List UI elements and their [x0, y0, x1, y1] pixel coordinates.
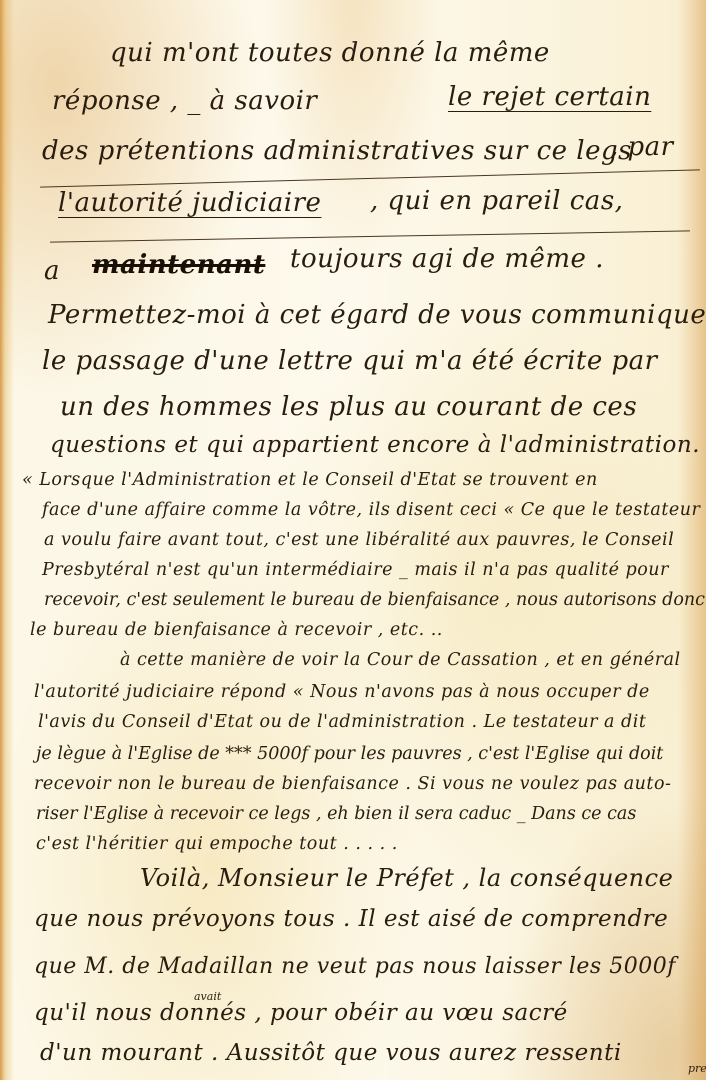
struck-out-word: maintenant: [92, 250, 265, 280]
text-line: , par: [610, 132, 674, 162]
text-line: riser l'Eglise à recevoir ce legs , eh b…: [36, 804, 636, 824]
quoted-text-line: recevoir, c'est seulement le bureau de b…: [44, 590, 705, 610]
text-line: c'est l'héritier qui empoche tout . . . …: [36, 834, 398, 854]
quoted-text-line: face d'une affaire comme la vôtre, ils d…: [42, 500, 700, 520]
underlined-phrase: l'autorité judiciaire: [58, 188, 321, 218]
text-line: recevoir non le bureau de bienfaisance .…: [34, 774, 671, 794]
text-line: que nous prévoyons tous . Il est aisé de…: [34, 906, 668, 932]
text-line: le passage d'une lettre qui m'a été écri…: [42, 346, 658, 376]
text-line: des prétentions administratives sur ce l…: [42, 136, 632, 166]
underline-rule: [50, 230, 690, 242]
text-line: toujours agi de même .: [290, 244, 604, 274]
text-line: l'autorité judiciaire répond « Nous n'av…: [34, 682, 650, 702]
text-line: à cette manière de voir la Cour de Cassa…: [120, 650, 681, 670]
text-line: a: [44, 256, 60, 286]
text-line: questions et qui appartient encore à l'a…: [50, 432, 700, 458]
text-line: qu'il nous donnés , pour obéir au vœu sa…: [34, 1000, 568, 1026]
interlinear-insertion: avait: [194, 990, 221, 1003]
text-line: réponse , _ à savoir: [52, 86, 317, 116]
text-line: un des hommes les plus au courant de ces: [60, 392, 637, 422]
underlined-phrase: le rejet certain: [448, 82, 651, 112]
letter-page: qui m'ont toutes donné la même réponse ,…: [0, 0, 706, 1080]
underline-rule: [40, 169, 700, 187]
text-line: que M. de Madaillan ne veut pas nous lai…: [34, 954, 676, 979]
text-line: d'un mourant . Aussitôt que vous aurez r…: [40, 1040, 622, 1066]
catchword: pre: [688, 1062, 706, 1075]
text-line: , qui en pareil cas,: [370, 186, 623, 216]
text-line: l'avis du Conseil d'Etat ou de l'adminis…: [38, 712, 646, 732]
quoted-text-line: a voulu faire avant tout, c'est une libé…: [44, 530, 674, 550]
text-line: je lègue à l'Eglise de *** 5000f pour le…: [36, 744, 663, 764]
quoted-text-line: Presbytéral n'est qu'un intermédiaire _ …: [42, 560, 669, 580]
text-line: Permettez-moi à cet égard de vous commun…: [48, 300, 706, 330]
text-line: Voilà, Monsieur le Préfet , la conséquen…: [140, 864, 673, 892]
text-line: qui m'ont toutes donné la même: [110, 38, 550, 68]
quoted-text-line: « Lorsque l'Administration et le Conseil…: [22, 470, 598, 490]
quoted-text-line: le bureau de bienfaisance à recevoir , e…: [30, 620, 443, 640]
